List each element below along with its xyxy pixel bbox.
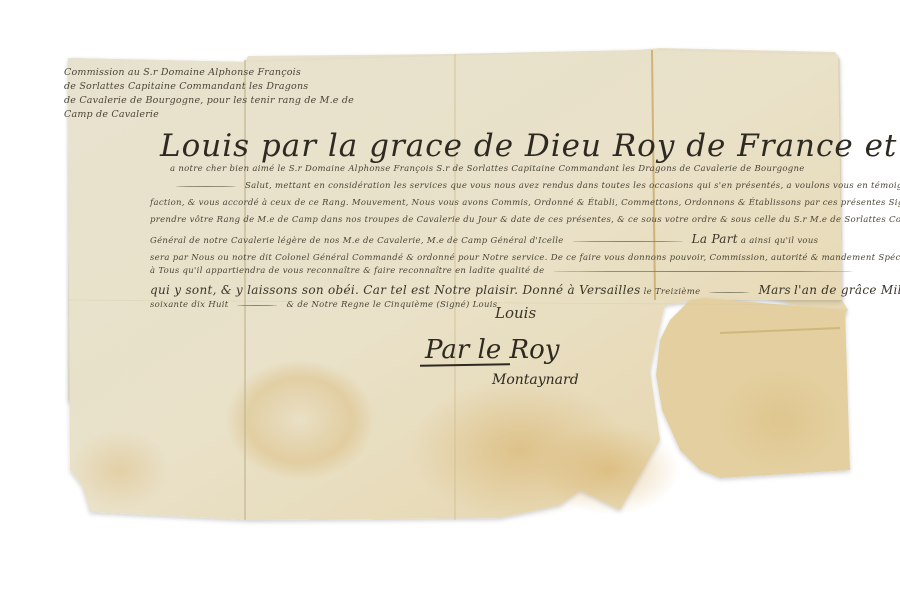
document-photo: Commission au S.r Domaine Alphonse Franç… bbox=[0, 0, 900, 600]
margin-note-line: de Cavalerie de Bourgogne, pour les teni… bbox=[64, 94, 354, 108]
body-line-5: Général de notre Cavalerie légère de nos… bbox=[150, 232, 818, 246]
body-line-8-text: qui y sont, & y laissons son obéi. Car t… bbox=[150, 283, 641, 297]
body-line-6-text: sera par Nous ou notre dit Colonel Génér… bbox=[150, 253, 900, 263]
body-line-9-tail: & de Notre Regne le Cinquième (Signé) Lo… bbox=[287, 300, 498, 310]
flourish-stroke bbox=[553, 270, 853, 272]
body-line-2: Salut, mettant en considération les serv… bbox=[170, 181, 900, 191]
body-line-3: faction, & vous accordé à ceux de ce Ran… bbox=[150, 198, 900, 208]
flourish-stroke bbox=[573, 240, 683, 242]
date-day: le Treizième bbox=[644, 287, 701, 297]
flourish-stroke bbox=[237, 304, 277, 306]
signature-louis: Louis bbox=[495, 304, 536, 322]
body-line-2-text: Salut, mettant en considération les serv… bbox=[245, 181, 900, 191]
body-line-9-text: soixante dix Huit bbox=[150, 300, 228, 310]
document-title: Louis par la grace de Dieu Roy de France… bbox=[160, 128, 900, 164]
body-line-9: soixante dix Huit & de Notre Regne le Ci… bbox=[150, 300, 497, 310]
date-month: Mars bbox=[758, 283, 791, 297]
body-line-5-text: Général de notre Cavalerie légère de nos… bbox=[150, 236, 564, 246]
body-line-7-text: à Tous qu'il appartiendra de vous reconn… bbox=[150, 266, 544, 276]
body-line-8: qui y sont, & y laissons son obéi. Car t… bbox=[150, 283, 900, 297]
margin-note-line: de Sorlattes Capitaine Commandant les Dr… bbox=[64, 80, 308, 94]
date-year-text: l'an de grâce Mil sept cent bbox=[794, 283, 900, 297]
margin-note-line: Camp de Cavalerie bbox=[64, 108, 159, 122]
body-line-7: à Tous qu'il appartiendra de vous reconn… bbox=[150, 266, 859, 276]
body-line-4: prendre vôtre Rang de M.e de Camp dans n… bbox=[150, 215, 900, 225]
signature-montaynard: Montaynard bbox=[492, 372, 579, 388]
body-line-5-tail: a ainsi qu'il vous bbox=[741, 236, 818, 246]
flourish-stroke bbox=[176, 185, 236, 187]
countersign-par-le-roy: Par le Roy bbox=[425, 335, 559, 365]
emphasis-la-part: La Part bbox=[692, 232, 738, 246]
margin-note-line: Commission au S.r Domaine Alphonse Franç… bbox=[64, 66, 301, 80]
body-line-6: sera par Nous ou notre dit Colonel Génér… bbox=[150, 249, 900, 263]
body-line-1: a notre cher bien aimé le S.r Domaine Al… bbox=[170, 164, 805, 174]
flourish-stroke bbox=[709, 291, 749, 293]
